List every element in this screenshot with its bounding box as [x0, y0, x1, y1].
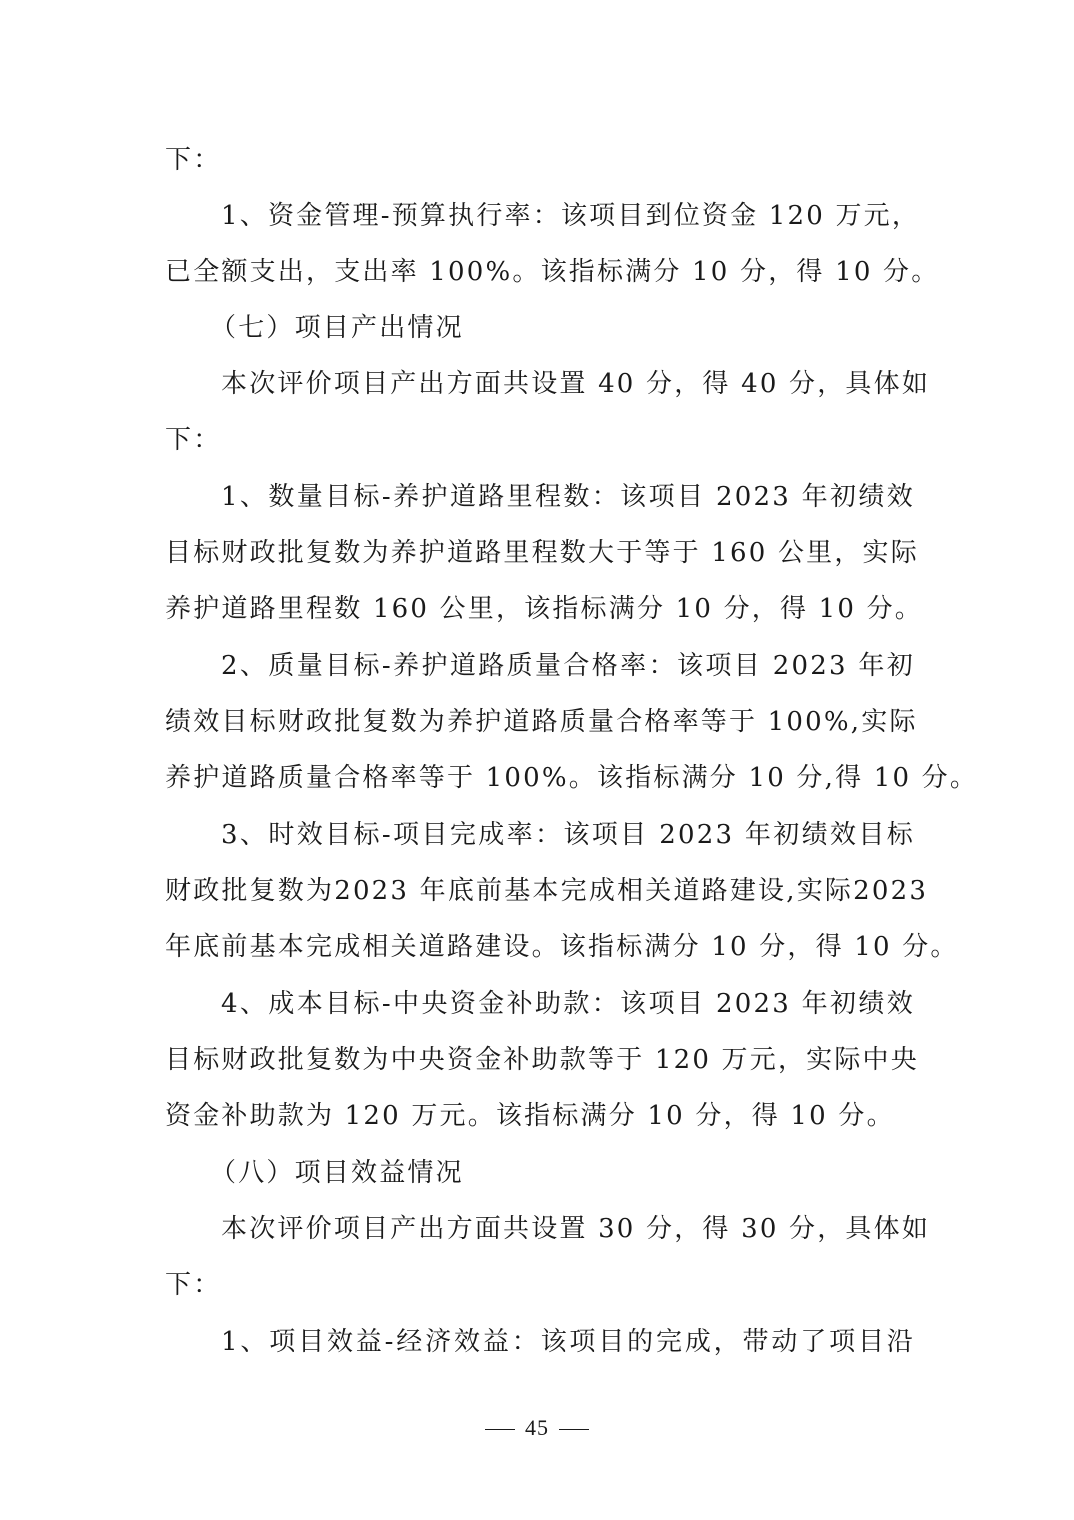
text-line: 目标财政批复数为养护道路里程数大于等于 160 公里，实际 — [165, 533, 915, 573]
section-heading: （七）项目产出情况 — [210, 308, 960, 348]
text-line: 本次评价项目产出方面共设置 40 分，得 40 分，具体如 — [221, 364, 915, 404]
text-line: 3、时效目标-项目完成率：该项目 2023 年初绩效目标 — [221, 815, 915, 855]
text-line: 下： — [165, 1265, 915, 1305]
text-line: 下： — [165, 420, 915, 460]
text-line: 养护道路质量合格率等于 100%。该指标满分 10 分,得 10 分。 — [165, 758, 915, 798]
text-line: 1、项目效益-经济效益：该项目的完成，带动了项目沿 — [221, 1322, 915, 1362]
text-line: 养护道路里程数 160 公里，该指标满分 10 分，得 10 分。 — [165, 589, 915, 629]
page-number-footer: 45 — [0, 1410, 1074, 1446]
text-line: 财政批复数为2023 年底前基本完成相关道路建设,实际2023 — [165, 871, 915, 911]
dash-right — [559, 1429, 589, 1430]
text-line: 目标财政批复数为中央资金补助款等于 120 万元，实际中央 — [165, 1040, 915, 1080]
text-line: 资金补助款为 120 万元。该指标满分 10 分，得 10 分。 — [165, 1096, 915, 1136]
section-heading: （八）项目效益情况 — [210, 1153, 960, 1193]
text-line: 2、质量目标-养护道路质量合格率：该项目 2023 年初 — [221, 646, 915, 686]
text-line: 1、数量目标-养护道路里程数：该项目 2023 年初绩效 — [221, 477, 915, 517]
text-line: 1、资金管理-预算执行率：该项目到位资金 120 万元， — [221, 196, 915, 236]
text-line: 年底前基本完成相关道路建设。该指标满分 10 分，得 10 分。 — [165, 927, 915, 967]
text-line: 绩效目标财政批复数为养护道路质量合格率等于 100%,实际 — [165, 702, 915, 742]
text-line: 本次评价项目产出方面共设置 30 分，得 30 分，具体如 — [221, 1209, 915, 1249]
document-page: 下： 1、资金管理-预算执行率：该项目到位资金 120 万元， 已全额支出，支出… — [0, 0, 1074, 1520]
text-line: 4、成本目标-中央资金补助款：该项目 2023 年初绩效 — [221, 984, 915, 1024]
page-number: 45 — [525, 1415, 549, 1440]
text-line: 已全额支出，支出率 100%。该指标满分 10 分，得 10 分。 — [165, 252, 915, 292]
text-line: 下： — [165, 140, 915, 180]
dash-left — [485, 1429, 515, 1430]
